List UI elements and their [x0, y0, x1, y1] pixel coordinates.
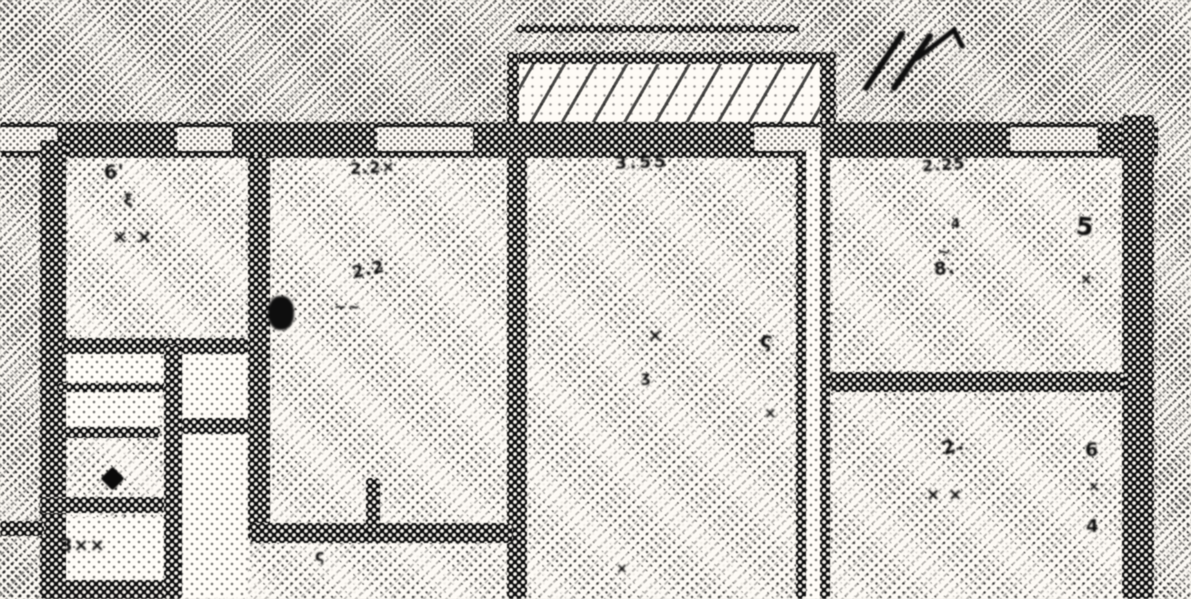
entry-line-outside: [0, 521, 44, 536]
floorplan-scan: 6' ξ × × 2.2× 2.2 ~~ 3.55 × ʒ ς × 2.25 4…: [0, 0, 1191, 599]
balcony-door: [754, 125, 821, 153]
door-lintel: [182, 418, 250, 434]
dim-room-tr-r2: ×: [1080, 272, 1094, 287]
wall-vertical-left: [248, 156, 270, 540]
dim-room-ml-top: 2.2×: [350, 159, 397, 177]
dim-room-tl-1: 6': [103, 162, 126, 183]
balcony-floor: [519, 64, 820, 124]
closet-line-2: [64, 427, 160, 438]
dim-room-tr-4: 4: [951, 218, 961, 231]
closet-box-2: [64, 392, 160, 427]
outer-wall-right: [1122, 115, 1154, 599]
dim-room-tr-area: 8.: [933, 259, 956, 279]
dim-room-tr-top: 2.25: [921, 156, 965, 175]
window-3: [377, 125, 473, 153]
wall-bottom-middle: [250, 523, 512, 543]
balcony-right-edge: [820, 52, 836, 124]
dim-room-c-x: ×: [648, 328, 663, 345]
dim-room-br-2: × ×: [926, 487, 963, 504]
dim-bottom-x: ×: [616, 562, 629, 576]
balcony-top-edge: [510, 52, 836, 64]
dim-room-tr-r1: 5: [1075, 213, 1096, 240]
corner-diagonal-mark: [856, 24, 972, 94]
door-jamb-stub: [366, 478, 380, 533]
wall-vertical-right-core: [806, 150, 820, 599]
balcony-left-edge: [507, 52, 519, 124]
wall-horizontal-left: [62, 338, 248, 354]
dim-room-tl-3: × ×: [112, 228, 153, 247]
dim-bottom-sliver: ς: [315, 548, 325, 564]
dim-room-c-r2: ×: [764, 406, 778, 421]
dim-closet: 3××: [60, 537, 106, 555]
dim-room-br-r3: 4: [1086, 518, 1100, 536]
dim-room-tl-2: ξ: [124, 193, 134, 208]
wall-horizontal-right: [830, 372, 1124, 392]
wall-vertical-right-b: [820, 150, 830, 599]
balcony-rail-line: [516, 25, 800, 33]
dim-room-br-r2: ×: [1088, 480, 1101, 494]
door-hinge-mark: [268, 296, 294, 330]
corridor: [182, 354, 248, 598]
closet-column-wall: [164, 345, 182, 599]
dim-room-br-r1: 6: [1085, 441, 1099, 460]
dim-room-c-z: ʒ: [641, 370, 652, 385]
closet-line-3: [40, 497, 165, 513]
dim-room-ml-wave: ~~: [334, 300, 361, 315]
dim-room-c-top: 3.55: [615, 154, 670, 173]
outer-wall-top: [0, 122, 1158, 158]
window-4: [1010, 125, 1098, 153]
closet-bottom-wall: [40, 580, 170, 599]
wall-vertical-right-a: [796, 150, 806, 599]
window-2: [177, 125, 232, 153]
